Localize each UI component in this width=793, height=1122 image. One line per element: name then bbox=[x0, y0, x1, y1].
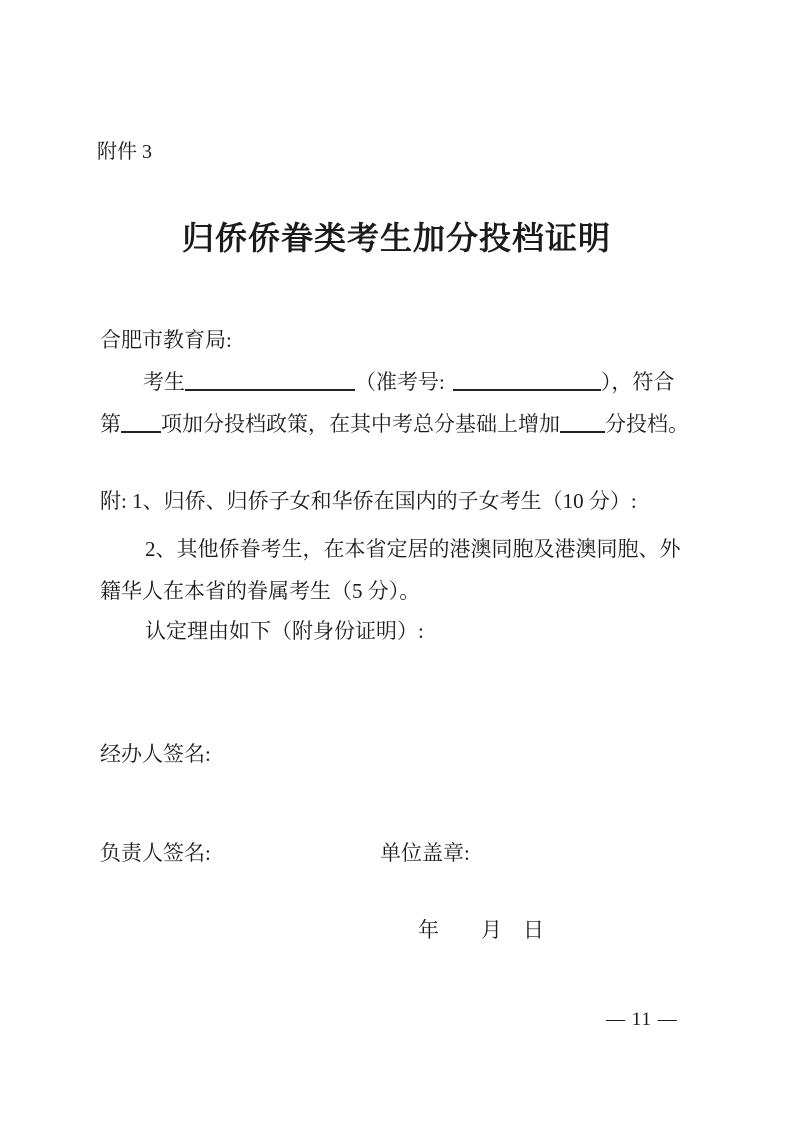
handler-signature-label: 经办人签名: bbox=[100, 741, 211, 767]
policy-line-suffix: 分投档。 bbox=[605, 412, 689, 436]
note-item-2-line-1: 2、其他侨眷考生，在本省定居的港澳同胞及港澳同胞、外 bbox=[145, 536, 681, 562]
policy-item-number-blank bbox=[121, 410, 161, 433]
policy-line-prefix: 第 bbox=[100, 412, 121, 436]
candidate-name-blank bbox=[185, 368, 355, 391]
policy-line-mid: 项加分投档政策，在其中考总分基础上增加 bbox=[161, 412, 560, 436]
responsible-signature-label: 负责人签名: bbox=[100, 840, 211, 866]
salutation: 合肥市教育局: bbox=[100, 327, 232, 353]
note-item-1: 附: 1、归侨、归侨子女和华侨在国内的子女考生（10 分）: bbox=[100, 488, 637, 514]
unit-seal-label: 单位盖章: bbox=[380, 840, 470, 866]
candidate-line-mid: （准考号: bbox=[355, 370, 445, 394]
candidate-line-suffix: ），符合 bbox=[601, 370, 675, 394]
document-page: 附件 3 归侨侨眷类考生加分投档证明 合肥市教育局: 考生（准考号:），符合 第… bbox=[0, 0, 793, 1122]
reason-line: 认定理由如下（附身份证明）: bbox=[145, 618, 424, 644]
bonus-points-blank bbox=[560, 410, 605, 433]
attachment-label: 附件 3 bbox=[97, 140, 152, 165]
date-line: 年 月 日 bbox=[418, 917, 544, 943]
exam-number-blank bbox=[453, 368, 601, 391]
page-number: — 11 — bbox=[606, 1008, 678, 1032]
policy-line: 第项加分投档政策，在其中考总分基础上增加分投档。 bbox=[100, 408, 689, 437]
note-item-2-line-2: 籍华人在本省的眷属考生（5 分）。 bbox=[100, 578, 420, 604]
candidate-line: 考生（准考号:），符合 bbox=[143, 366, 674, 395]
document-title: 归侨侨眷类考生加分投档证明 bbox=[0, 218, 793, 258]
candidate-line-prefix: 考生 bbox=[143, 370, 185, 394]
